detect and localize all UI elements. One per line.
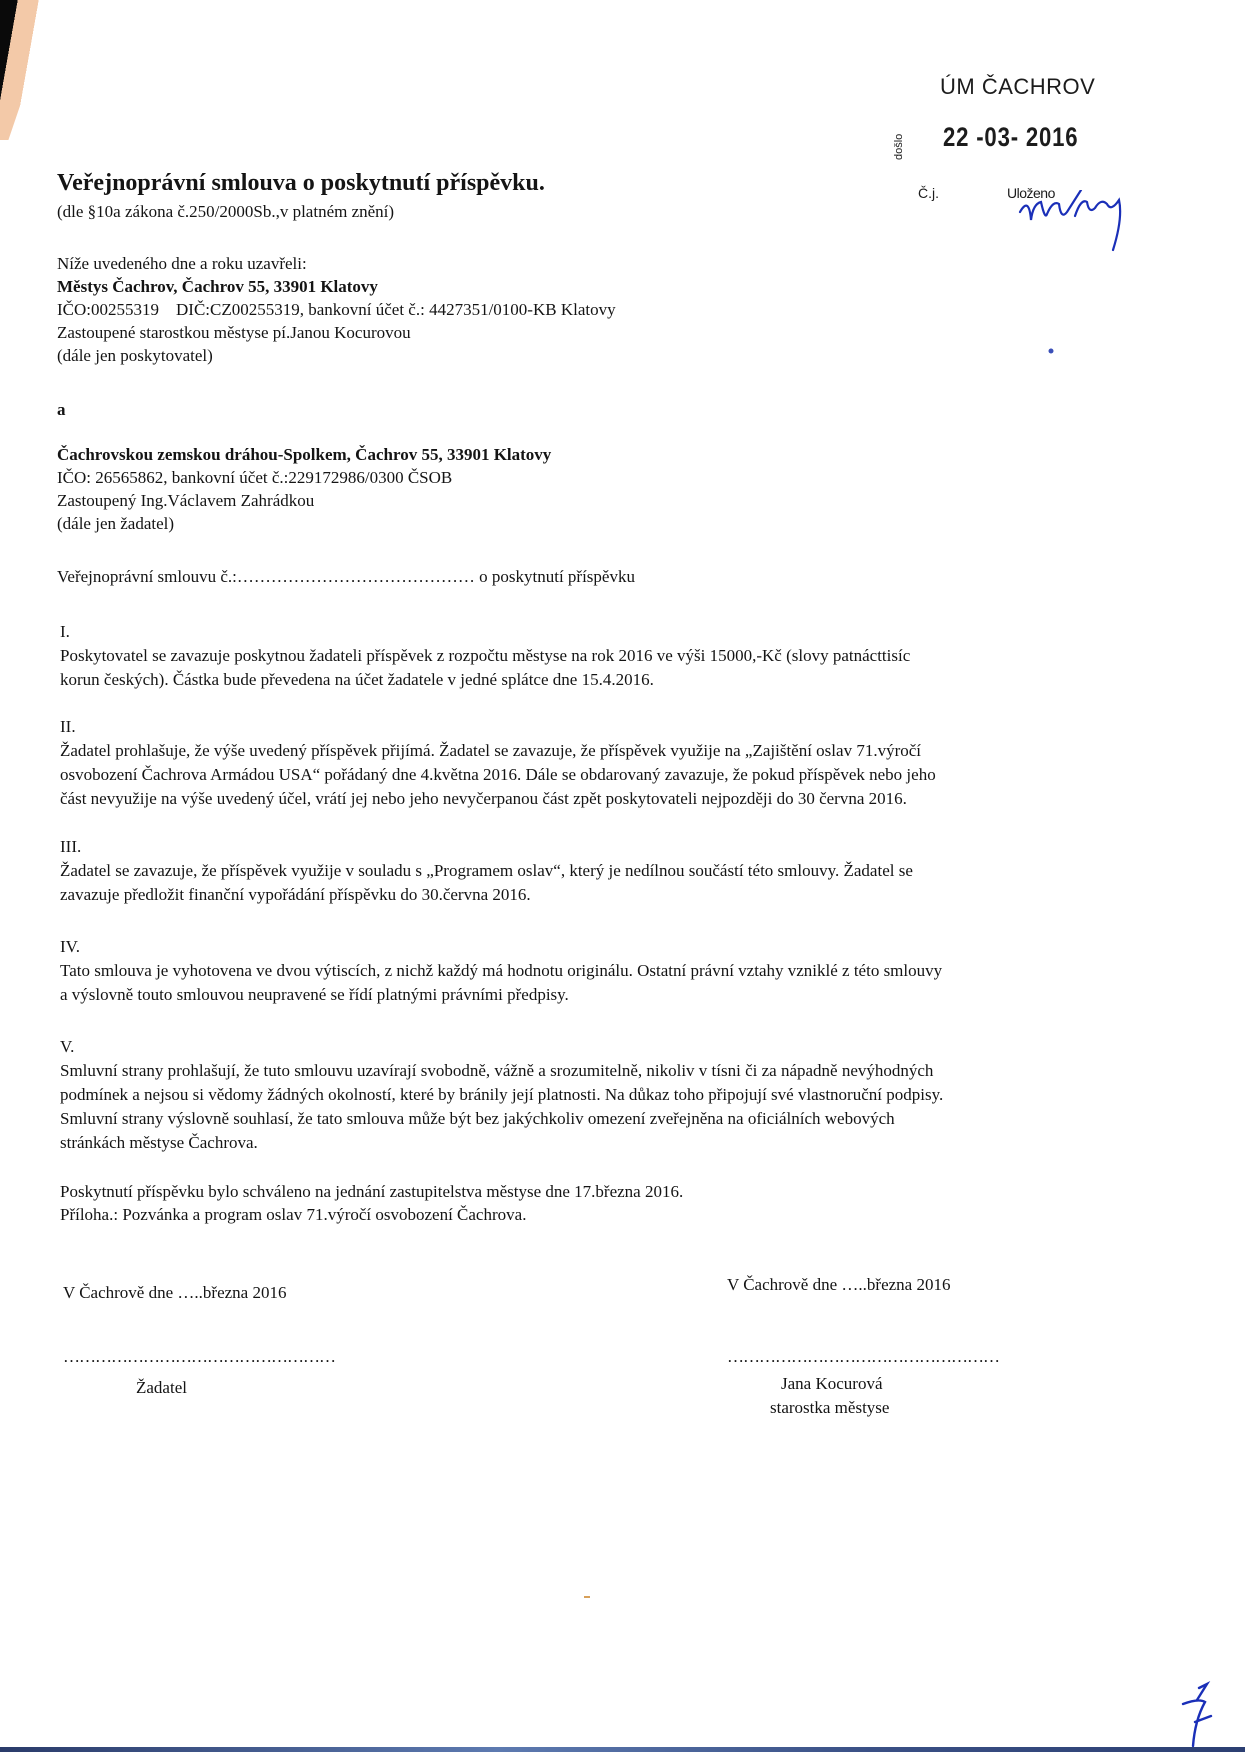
right-signatory-name: Jana Kocurová <box>781 1372 883 1395</box>
section-2: II. Žadatel prohlašuje, že výše uvedený … <box>60 715 1120 811</box>
provider-name: Městys Čachrov, Čachrov 55, 33901 Klatov… <box>57 275 378 298</box>
provider-ids: IČO:00255319 DIČ:CZ00255319, bankovní úč… <box>57 298 616 321</box>
section-line: Smluvní strany výslovně souhlasí, že tat… <box>60 1107 1120 1131</box>
applicant-role: (dále jen žadatel) <box>57 512 174 535</box>
handwritten-page-mark-icon <box>1175 1680 1225 1750</box>
section-numeral: V. <box>60 1035 1120 1059</box>
stamp-received-label: došlo <box>893 134 905 160</box>
section-line: Smluvní strany prohlašují, že tuto smlou… <box>60 1059 1120 1083</box>
section-line: osvobození Čachrova Armádou USA“ pořádan… <box>60 763 1120 787</box>
section-line: část nevyužije na výše uvedený účel, vrá… <box>60 787 1120 811</box>
section-numeral: II. <box>60 715 1120 739</box>
section-5: V. Smluvní strany prohlašují, že tuto sm… <box>60 1035 1120 1155</box>
right-signature-line: …………………………………………… <box>727 1345 999 1368</box>
section-numeral: III. <box>60 835 1120 859</box>
provider-role: (dále jen poskytovatel) <box>57 344 213 367</box>
handwritten-signature-icon <box>1015 190 1135 270</box>
parties-intro: Níže uvedeného dne a roku uzavřeli: <box>57 252 307 275</box>
scan-bottom-edge <box>0 1747 1245 1752</box>
stamp-office: ÚM ČACHROV <box>940 74 1095 100</box>
left-place-date: V Čachrově dne …..března 2016 <box>63 1281 286 1304</box>
applicant-ids: IČO: 26565862, bankovní účet č.:22917298… <box>57 466 452 489</box>
stamp-date: 22 -03- 2016 <box>943 122 1078 153</box>
section-4: IV. Tato smlouva je vyhotovena ve dvou v… <box>60 935 1120 1007</box>
section-3: III. Žadatel se zavazuje, že příspěvek v… <box>60 835 1120 907</box>
section-line: podmínek a nejsou si vědomy žádných okol… <box>60 1083 1120 1107</box>
contract-number-line: Veřejnoprávní smlouvu č.:…………………………………… … <box>57 565 635 588</box>
attachment-note: Příloha.: Pozvánka a program oslav 71.vý… <box>60 1203 526 1226</box>
section-line: Žadatel prohlašuje, že výše uvedený přís… <box>60 739 1120 763</box>
section-line: Žadatel se zavazuje, že příspěvek využij… <box>60 859 1120 883</box>
scan-speck-icon <box>583 1594 593 1600</box>
section-line: zavazuje předložit finanční vypořádání p… <box>60 883 1120 907</box>
document-title: Veřejnoprávní smlouva o poskytnutí přísp… <box>57 170 545 197</box>
section-line: stránkách městyse Čachrova. <box>60 1131 1120 1155</box>
section-numeral: IV. <box>60 935 1120 959</box>
section-line: Poskytovatel se zavazuje poskytnou žadat… <box>60 644 1120 668</box>
conjunction: a <box>57 398 66 421</box>
left-signatory: Žadatel <box>136 1376 187 1399</box>
provider-represented: Zastoupené starostkou městyse pí.Janou K… <box>57 321 411 344</box>
applicant-name: Čachrovskou zemskou dráhou-Spolkem, Čach… <box>57 443 551 466</box>
section-line: a výslovně touto smlouvou neupravené se … <box>60 983 1120 1007</box>
section-numeral: I. <box>60 620 1120 644</box>
right-place-date: V Čachrově dne …..března 2016 <box>727 1273 950 1296</box>
section-line: korun českých). Částka bude převedena na… <box>60 668 1120 692</box>
scan-edge-artifact <box>0 0 56 140</box>
right-signatory-title: starostka městyse <box>770 1396 889 1419</box>
section-line: Tato smlouva je vyhotovena ve dvou výtis… <box>60 959 1120 983</box>
ink-dot-icon <box>1045 345 1057 357</box>
section-1: I. Poskytovatel se zavazuje poskytnou ža… <box>60 620 1120 692</box>
approval-note: Poskytnutí příspěvku bylo schváleno na j… <box>60 1180 683 1203</box>
stamp-ref-label: Č.j. <box>918 185 939 201</box>
document-subtitle: (dle §10a zákona č.250/2000Sb.,v platném… <box>57 200 394 223</box>
left-signature-line: …………………………………………… <box>63 1345 335 1368</box>
applicant-represented: Zastoupený Ing.Václavem Zahrádkou <box>57 489 314 512</box>
